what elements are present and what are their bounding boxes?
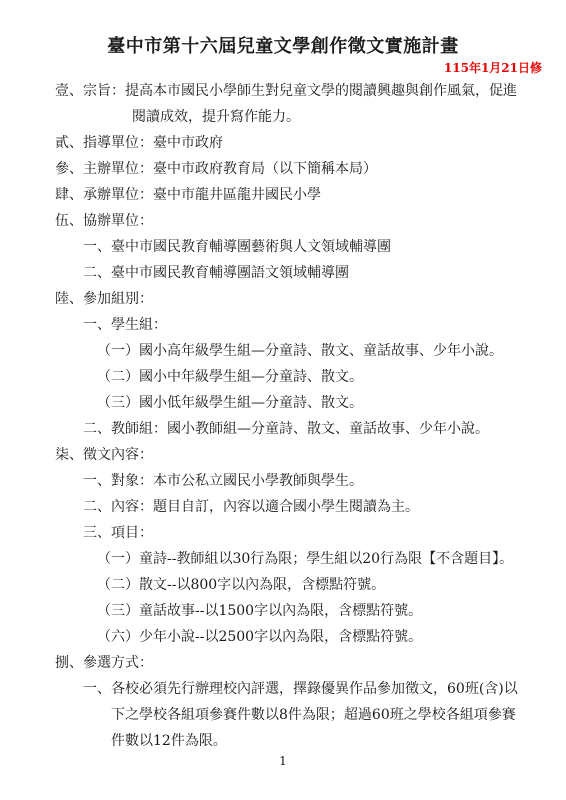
document-line: 一、各校必須先行辦理校內評選，擇錄優異作品參加徵文，60班(含)以 <box>83 676 536 702</box>
document-line: 一、臺中市國民教育輔導團藝術與人文領域輔導團 <box>83 234 536 260</box>
document-line: 一、對象：本市公私立國民小學教師與學生。 <box>83 468 536 494</box>
document-line: 壹、宗旨：提高本市國民小學師生對兒童文學的閱讀興趣與創作風氣，促進 <box>55 78 536 104</box>
document-line: 捌、參選方式： <box>55 650 536 676</box>
page-number: 1 <box>0 754 566 768</box>
document-line: 參、主辦單位：臺中市政府教育局（以下簡稱本局） <box>55 156 536 182</box>
document-line: 二、內容：題目自訂，內容以適合國小學生閱讀為主。 <box>83 494 536 520</box>
document-line: （一）國小高年級學生組—分童詩、散文、童話故事、少年小說。 <box>97 338 536 364</box>
document-line: （一）童詩--教師組以30行為限；學生組以20行為限【不含題目】。 <box>97 546 536 572</box>
document-line: （二）國小中年級學生組—分童詩、散文。 <box>97 364 536 390</box>
document-line: 貳、指導單位：臺中市政府 <box>55 130 536 156</box>
document-line: 肆、承辦單位：臺中市龍井區龍井國民小學 <box>55 182 536 208</box>
document-line: 一、學生組： <box>83 312 536 338</box>
document-line: 柒、徵文內容： <box>55 442 536 468</box>
document-line: （三）國小低年級學生組—分童詩、散文。 <box>97 390 536 416</box>
document-line: 下之學校各組項參賽件數以8件為限；超過60班之學校各組項參賽 <box>111 702 536 728</box>
document-line: 三、項目： <box>83 520 536 546</box>
document-line: 伍、協辦單位： <box>55 208 536 234</box>
document-line: 二、教師組：國小教師組—分童詩、散文、童話故事、少年小說。 <box>83 416 536 442</box>
document-page: 臺中市第十六屆兒童文學創作徵文實施計畫 115年1月21日修 壹、宗旨：提高本市… <box>0 0 566 800</box>
document-line: 二、臺中市國民教育輔導團語文領域輔導團 <box>83 260 536 286</box>
document-line: （六）少年小說--以2500字以內為限，含標點符號。 <box>97 624 536 650</box>
document-line: 閱讀成效，提升寫作能力。 <box>132 104 536 130</box>
document-title: 臺中市第十六屆兒童文學創作徵文實施計畫 <box>0 35 566 59</box>
document-line: （三）童話故事--以1500字以內為限，含標點符號。 <box>97 598 536 624</box>
document-body: 壹、宗旨：提高本市國民小學師生對兒童文學的閱讀興趣與創作風氣，促進閱讀成效，提升… <box>0 78 566 754</box>
document-line: 陸、參加組別： <box>55 286 536 312</box>
revision-note: 115年1月21日修 <box>0 61 566 76</box>
document-line: 件數以12件為限。 <box>111 728 536 754</box>
document-line: （二）散文--以800字以內為限，含標點符號。 <box>97 572 536 598</box>
